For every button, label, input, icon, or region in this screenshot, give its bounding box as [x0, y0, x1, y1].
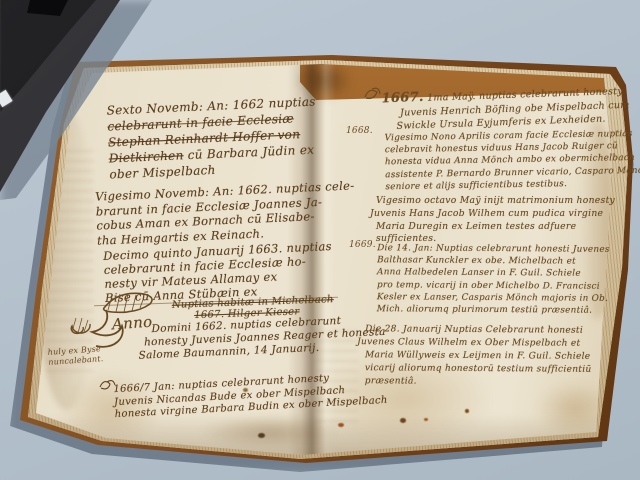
entry-line: Mich. aliorumq plurimorum testiū præsent…	[377, 303, 610, 317]
manuscript-entry-1669-jan28: Die 28. Januarij Nuptias Celebrarunt hon…	[365, 323, 592, 390]
ink-fleck	[465, 409, 469, 413]
margin-note: huly ex Byse nuncalebant.	[47, 344, 103, 368]
pen-flourish-ornament	[362, 86, 382, 102]
entry-year: 1667.	[381, 90, 424, 106]
manuscript-entry-1662-nov20: Vigesimo Novemb: An: 1662. nuptias cele-…	[95, 178, 357, 247]
manuscript-photo: Sexto Novemb: An: 1662 nuptias celebraru…	[0, 0, 640, 480]
manuscript-entry-1667-may1: 1667. 1ma Maÿ. nuptias celebrarunt hones…	[381, 84, 630, 134]
manuscript-entry-1662-nov6: Sexto Novemb: An: 1662 nuptias celebraru…	[106, 93, 318, 182]
manuscript-entry-1668-may28: Vigesimo octavo Maÿ inijt matrimonium ho…	[376, 195, 615, 246]
entry-initial-word: Anno	[111, 313, 153, 334]
margin-year-1668: 1668.	[346, 126, 373, 136]
entry-line: Juvenis Hans Jacob Wilhem cum pudica vir…	[370, 208, 615, 221]
margin-year-1669: 1669.	[349, 240, 376, 250]
entry-line: Vigesimo octavo Maÿ inijt matrimonium ho…	[376, 195, 615, 208]
manuscript-entry-1668-apr29: Vigesimo Nono Aprilis coram facie Eccles…	[384, 128, 640, 194]
entry-line: Maria Duregin ex Leimen testes adfuere	[376, 221, 615, 234]
entry-line: præsentiâ.	[365, 375, 592, 390]
entry-line: Anna Halbedelen Lanser in F. Guil. Schie…	[377, 267, 610, 281]
manuscript-entry-1669-jan14: Die 14. Jan: Nuptias celebrarunt honesti…	[377, 242, 610, 317]
